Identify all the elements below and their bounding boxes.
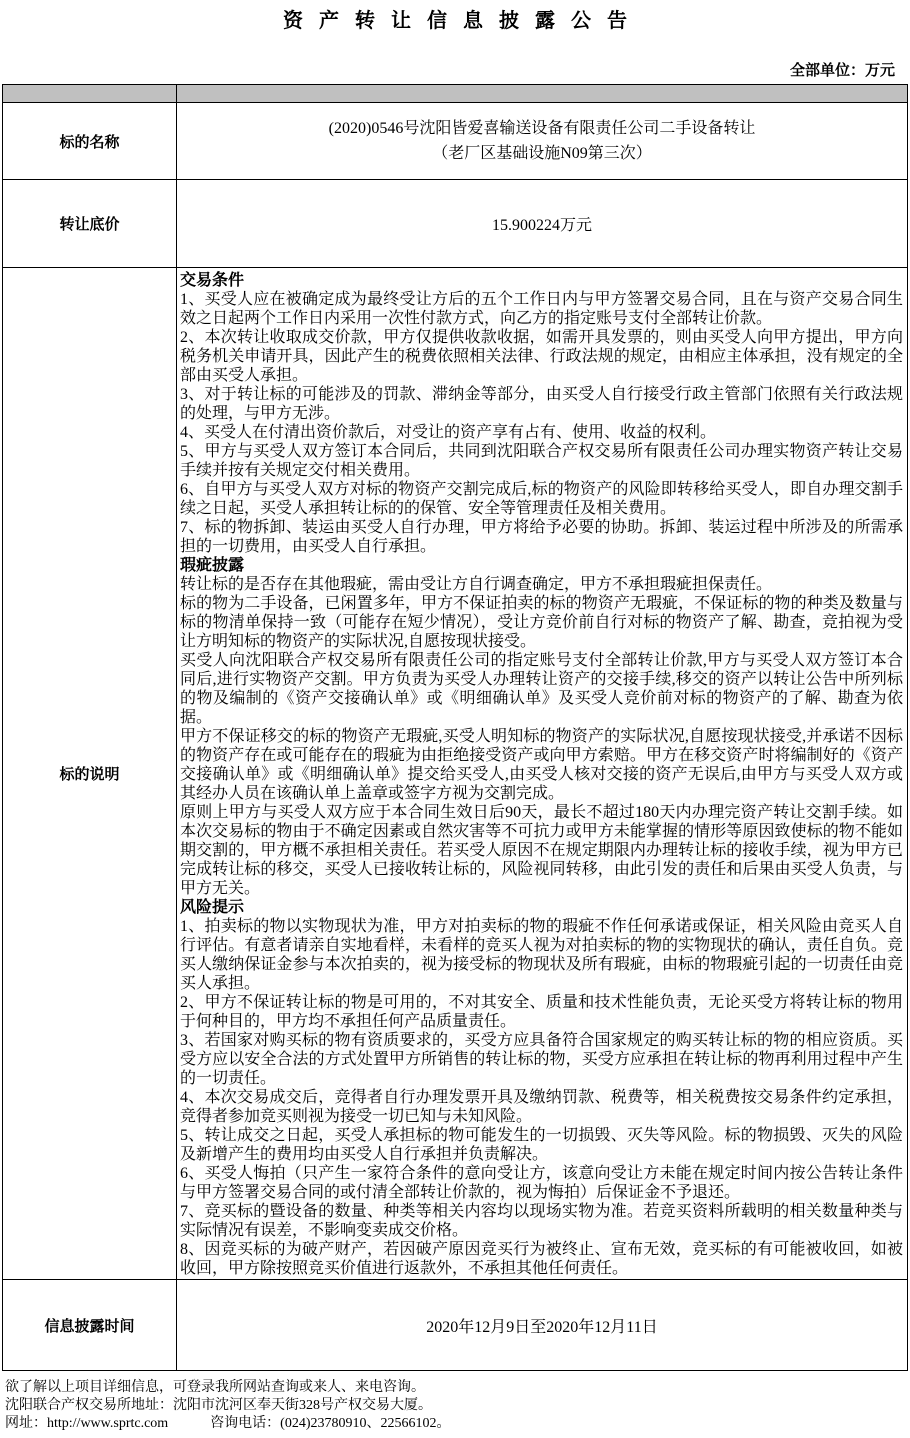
subject-name-label: 标的名称 xyxy=(3,103,177,179)
footer-contact-note: 欲了解以上项目详细信息，可登录我所网站查询或来人、来电咨询。 xyxy=(5,1379,910,1397)
table-row-base-price: 转让底价 15.900224万元 xyxy=(3,180,907,268)
header-cell-value xyxy=(177,85,907,102)
base-price-value: 15.900224万元 xyxy=(177,180,907,267)
disclosure-time-label: 信息披露时间 xyxy=(3,1280,177,1370)
table-row-subject-name: 标的名称 (2020)0546号沈阳皆爱喜输送设备有限责任公司二手设备转让 （老… xyxy=(3,103,907,180)
defect-disclosure-paragraph: 买受人向沈阳联合产权交易所有限责任公司的指定账号支付全部转让价款,甲方与买受人双… xyxy=(180,651,903,727)
defect-disclosure-paragraph: 标的物为二手设备，已闲置多年，甲方不保证拍卖的标的物资产无瑕疵，不保证标的物的种… xyxy=(180,594,903,651)
trade-condition-item: 5、甲方与买受人双方签订本合同后，共同到沈阳联合产权交易所有限责任公司办理实物资… xyxy=(180,442,903,480)
subject-name-value: (2020)0546号沈阳皆爱喜输送设备有限责任公司二手设备转让 （老厂区基础设… xyxy=(177,103,907,179)
trade-condition-item: 2、本次转让收取成交价款，甲方仅提供收款收据，如需开具发票的，则由买受人向甲方提… xyxy=(180,328,903,385)
announcement-page: 资产转让信息披露公告 全部单位：万元 标的名称 (2020)0546号沈阳皆爱喜… xyxy=(0,0,910,1438)
trade-condition-item: 7、标的物拆卸、装运由买受人自行办理，甲方将给予必要的协助。拆卸、装运过程中所涉… xyxy=(180,518,903,556)
trade-condition-item: 3、对于转让标的可能涉及的罚款、滞纳金等部分，由买受人自行接受行政主管部门依照有… xyxy=(180,385,903,423)
defect-disclosure-paragraph: 甲方不保证移交的标的物资产无瑕疵,买受人明知标的物资产的实际状况,自愿按现状接受… xyxy=(180,727,903,803)
subject-name-line1: (2020)0546号沈阳皆爱喜输送设备有限责任公司二手设备转让 xyxy=(329,116,756,141)
defect-disclosure-paragraph: 转让标的是否存在其他瑕疵，需由受让方自行调查确定，甲方不承担瑕疵担保责任。 xyxy=(180,575,903,594)
trade-condition-item: 4、买受人在付清出资价款后，对受让的资产享有占有、使用、收益的权利。 xyxy=(180,423,903,442)
page-title: 资产转让信息披露公告 xyxy=(0,8,910,34)
subject-description-value: 交易条件 1、买受人应在被确定成为最终受让方后的五个工作日内与甲方签署交易合同，… xyxy=(177,268,907,1279)
risk-notice-item: 7、竞买标的暨设备的数量、种类等相关内容均以现场实物为准。若竞买资料所载明的相关… xyxy=(180,1202,903,1240)
trade-condition-item: 1、买受人应在被确定成为最终受让方后的五个工作日内与甲方签署交易合同，且在与资产… xyxy=(180,290,903,328)
disclosure-table: 标的名称 (2020)0546号沈阳皆爱喜输送设备有限责任公司二手设备转让 （老… xyxy=(2,84,908,1371)
section-heading-trade-conditions: 交易条件 xyxy=(180,271,903,290)
risk-notice-item: 8、因竞买标的为破产财产，若因破产原因竞买行为被终止、宣布无效，竞买标的有可能被… xyxy=(180,1240,903,1278)
risk-notice-item: 6、买受人悔拍（只产生一家符合条件的意向受让方，该意向受让方未能在规定时间内按公… xyxy=(180,1164,903,1202)
header-cell-label xyxy=(3,85,177,102)
disclosure-time-value: 2020年12月9日至2020年12月11日 xyxy=(177,1280,907,1370)
table-row-disclosure-time: 信息披露时间 2020年12月9日至2020年12月11日 xyxy=(3,1280,907,1370)
section-heading-defect-disclosure: 瑕疵披露 xyxy=(180,556,903,575)
table-header-row xyxy=(3,85,907,103)
risk-notice-item: 1、拍卖标的物以实物现状为准，甲方对拍卖标的物的瑕疵不作任何承诺或保证，相关风险… xyxy=(180,917,903,993)
risk-notice-item: 5、转让成交之日起，买受人承担标的物可能发生的一切损毁、灭失等风险。标的物损毁、… xyxy=(180,1126,903,1164)
subject-name-line2: （老厂区基础设施N09第三次） xyxy=(432,141,652,166)
page-footer: 欲了解以上项目详细信息，可登录我所网站查询或来人、来电咨询。 沈阳联合产权交易所… xyxy=(0,1379,910,1433)
units-label: 全部单位：万元 xyxy=(0,62,910,80)
subject-description-label: 标的说明 xyxy=(3,268,177,1279)
table-row-subject-description: 标的说明 交易条件 1、买受人应在被确定成为最终受让方后的五个工作日内与甲方签署… xyxy=(3,268,907,1280)
risk-notice-item: 4、本次交易成交后，竞得者自行办理发票开具及缴纳罚款、税费等，相关税费按交易条件… xyxy=(180,1088,903,1126)
defect-disclosure-paragraph: 原则上甲方与买受人双方应于本合同生效日后90天，最长不超过180天内办理完资产转… xyxy=(180,803,903,898)
base-price-label: 转让底价 xyxy=(3,180,177,267)
footer-address: 沈阳联合产权交易所地址：沈阳市沈河区奉天街328号产权交易大厦。 xyxy=(5,1397,910,1415)
trade-condition-item: 6、自甲方与买受人双方对标的物资产交割完成后,标的物资产的风险即转移给买受人，即… xyxy=(180,480,903,518)
footer-website-phone: 网址：http://www.sprtc.com 咨询电话：(024)237809… xyxy=(5,1415,910,1433)
risk-notice-item: 2、甲方不保证转让标的物是可用的，不对其安全、质量和技术性能负责，无论买受方将转… xyxy=(180,993,903,1031)
section-heading-risk-notice: 风险提示 xyxy=(180,898,903,917)
risk-notice-item: 3、若国家对购买标的物有资质要求的，买受方应具备符合国家规定的购买转让标的物的相… xyxy=(180,1031,903,1088)
